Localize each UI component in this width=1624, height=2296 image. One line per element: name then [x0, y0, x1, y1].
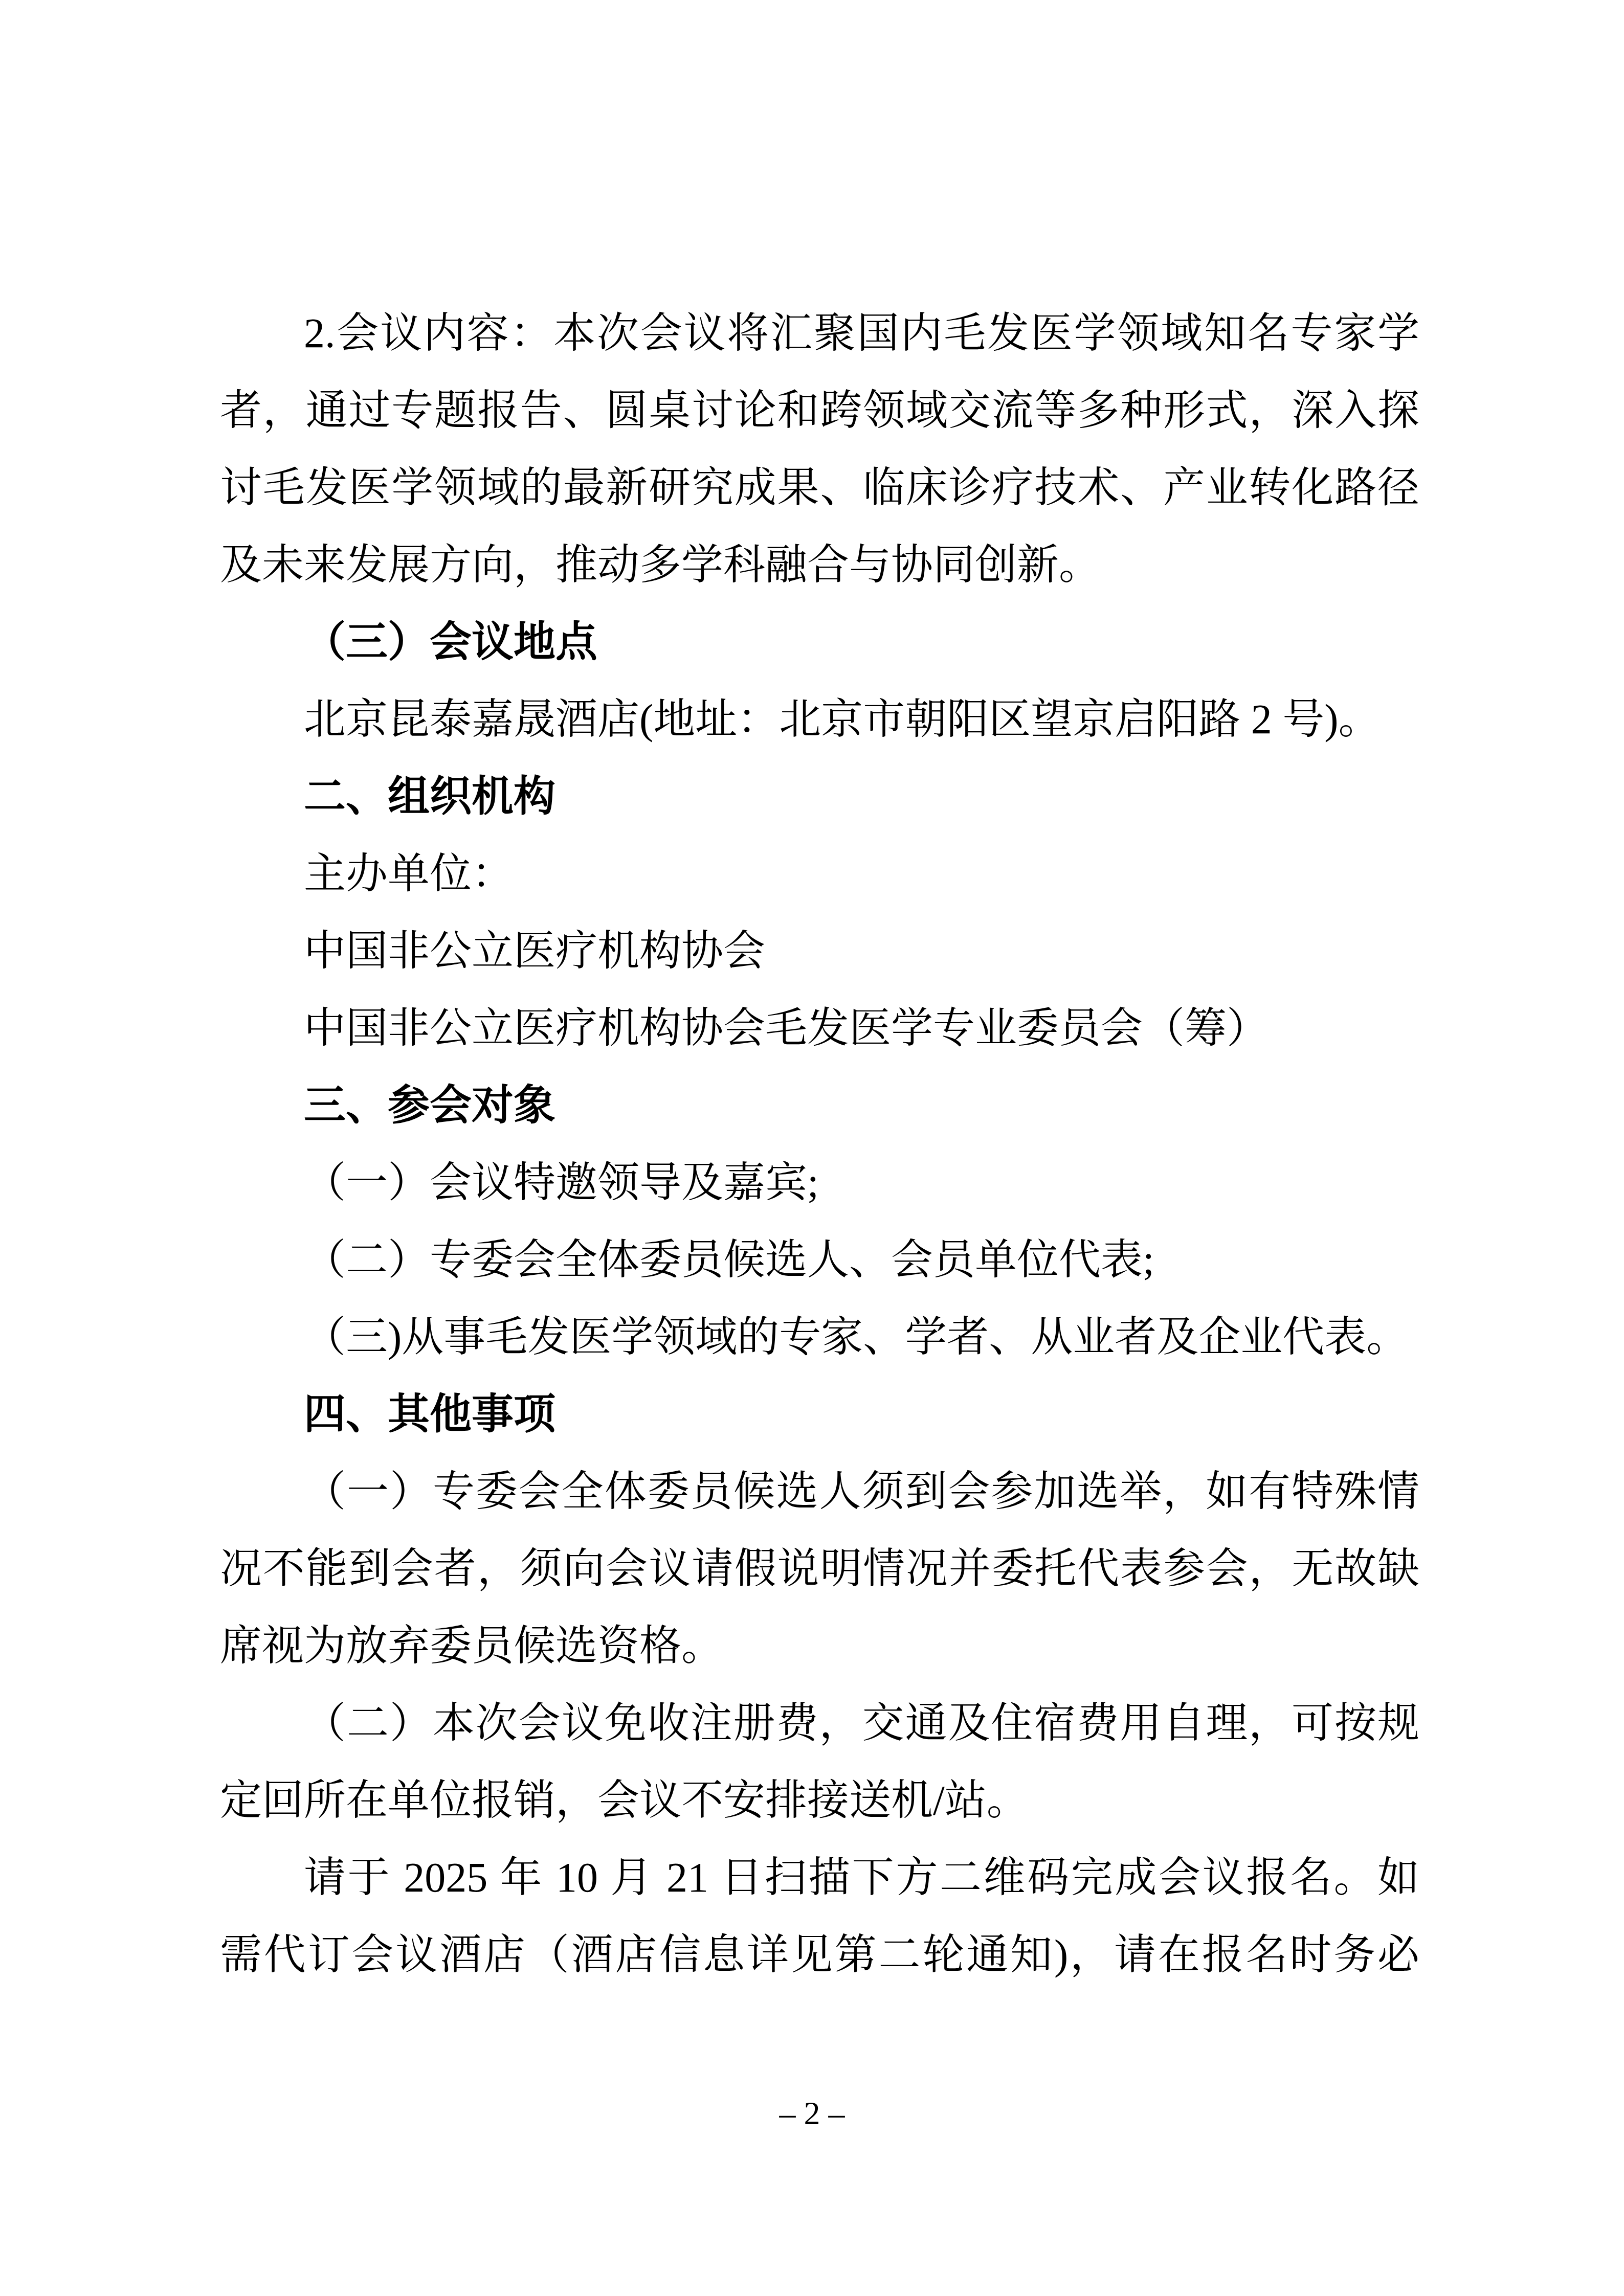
- other-matters-2-line-2: 定回所在单位报销，会议不安排接送机/站。: [220, 1762, 1419, 1839]
- meeting-content-line-2: 者，通过专题报告、圆桌讨论和跨领域交流等多种形式，深入探: [220, 372, 1419, 449]
- other-matters-1-line-2: 况不能到会者，须向会议请假说明情况并委托代表参会，无故缺: [220, 1530, 1419, 1607]
- subheading-meeting-venue: （三）会议地点: [220, 603, 1419, 681]
- other-matters-1-line-1: （一）专委会全体委员候选人须到会参加选举，如有特殊情: [220, 1453, 1419, 1530]
- host-unit-2: 中国非公立医疗机构协会毛发医学专业委员会（筹）: [220, 989, 1419, 1067]
- other-matters-1-line-3: 席视为放弃委员候选资格。: [220, 1607, 1419, 1684]
- meeting-content-line-4: 及未来发展方向，推动多学科融合与协同创新。: [220, 526, 1419, 603]
- participant-item-1: （一）会议特邀领导及嘉宾;: [220, 1144, 1419, 1221]
- section-heading-participants: 三、参会对象: [220, 1067, 1419, 1144]
- host-unit-label: 主办单位：: [220, 835, 1419, 912]
- page-number: – 2 –: [0, 2090, 1624, 2136]
- meeting-content-line-3: 讨毛发医学领域的最新研究成果、临床诊疗技术、产业转化路径: [220, 449, 1419, 526]
- other-matters-2-line-1: （二）本次会议免收注册费，交通及住宿费用自理，可按规: [220, 1684, 1419, 1762]
- registration-line-2: 需代订会议酒店（酒店信息详见第二轮通知)，请在报名时务必: [220, 1916, 1419, 1993]
- section-heading-organization: 二、组织机构: [220, 758, 1419, 835]
- meeting-content-line-1: 2.会议内容：本次会议将汇聚国内毛发医学领域知名专家学: [220, 295, 1419, 372]
- document-body: 2.会议内容：本次会议将汇聚国内毛发医学领域知名专家学 者，通过专题报告、圆桌讨…: [220, 295, 1419, 1993]
- venue-address-line: 北京昆泰嘉晟酒店(地址：北京市朝阳区望京启阳路 2 号)。: [220, 681, 1419, 758]
- registration-line-1: 请于 2025 年 10 月 21 日扫描下方二维码完成会议报名。如: [220, 1839, 1419, 1916]
- participant-item-3: （三)从事毛发医学领域的专家、学者、从业者及企业代表。: [220, 1298, 1419, 1376]
- participant-item-2: （二）专委会全体委员候选人、会员单位代表;: [220, 1221, 1419, 1298]
- document-page: 2.会议内容：本次会议将汇聚国内毛发医学领域知名专家学 者，通过专题报告、圆桌讨…: [0, 0, 1624, 2296]
- section-heading-other-matters: 四、其他事项: [220, 1376, 1419, 1453]
- host-unit-1: 中国非公立医疗机构协会: [220, 912, 1419, 989]
